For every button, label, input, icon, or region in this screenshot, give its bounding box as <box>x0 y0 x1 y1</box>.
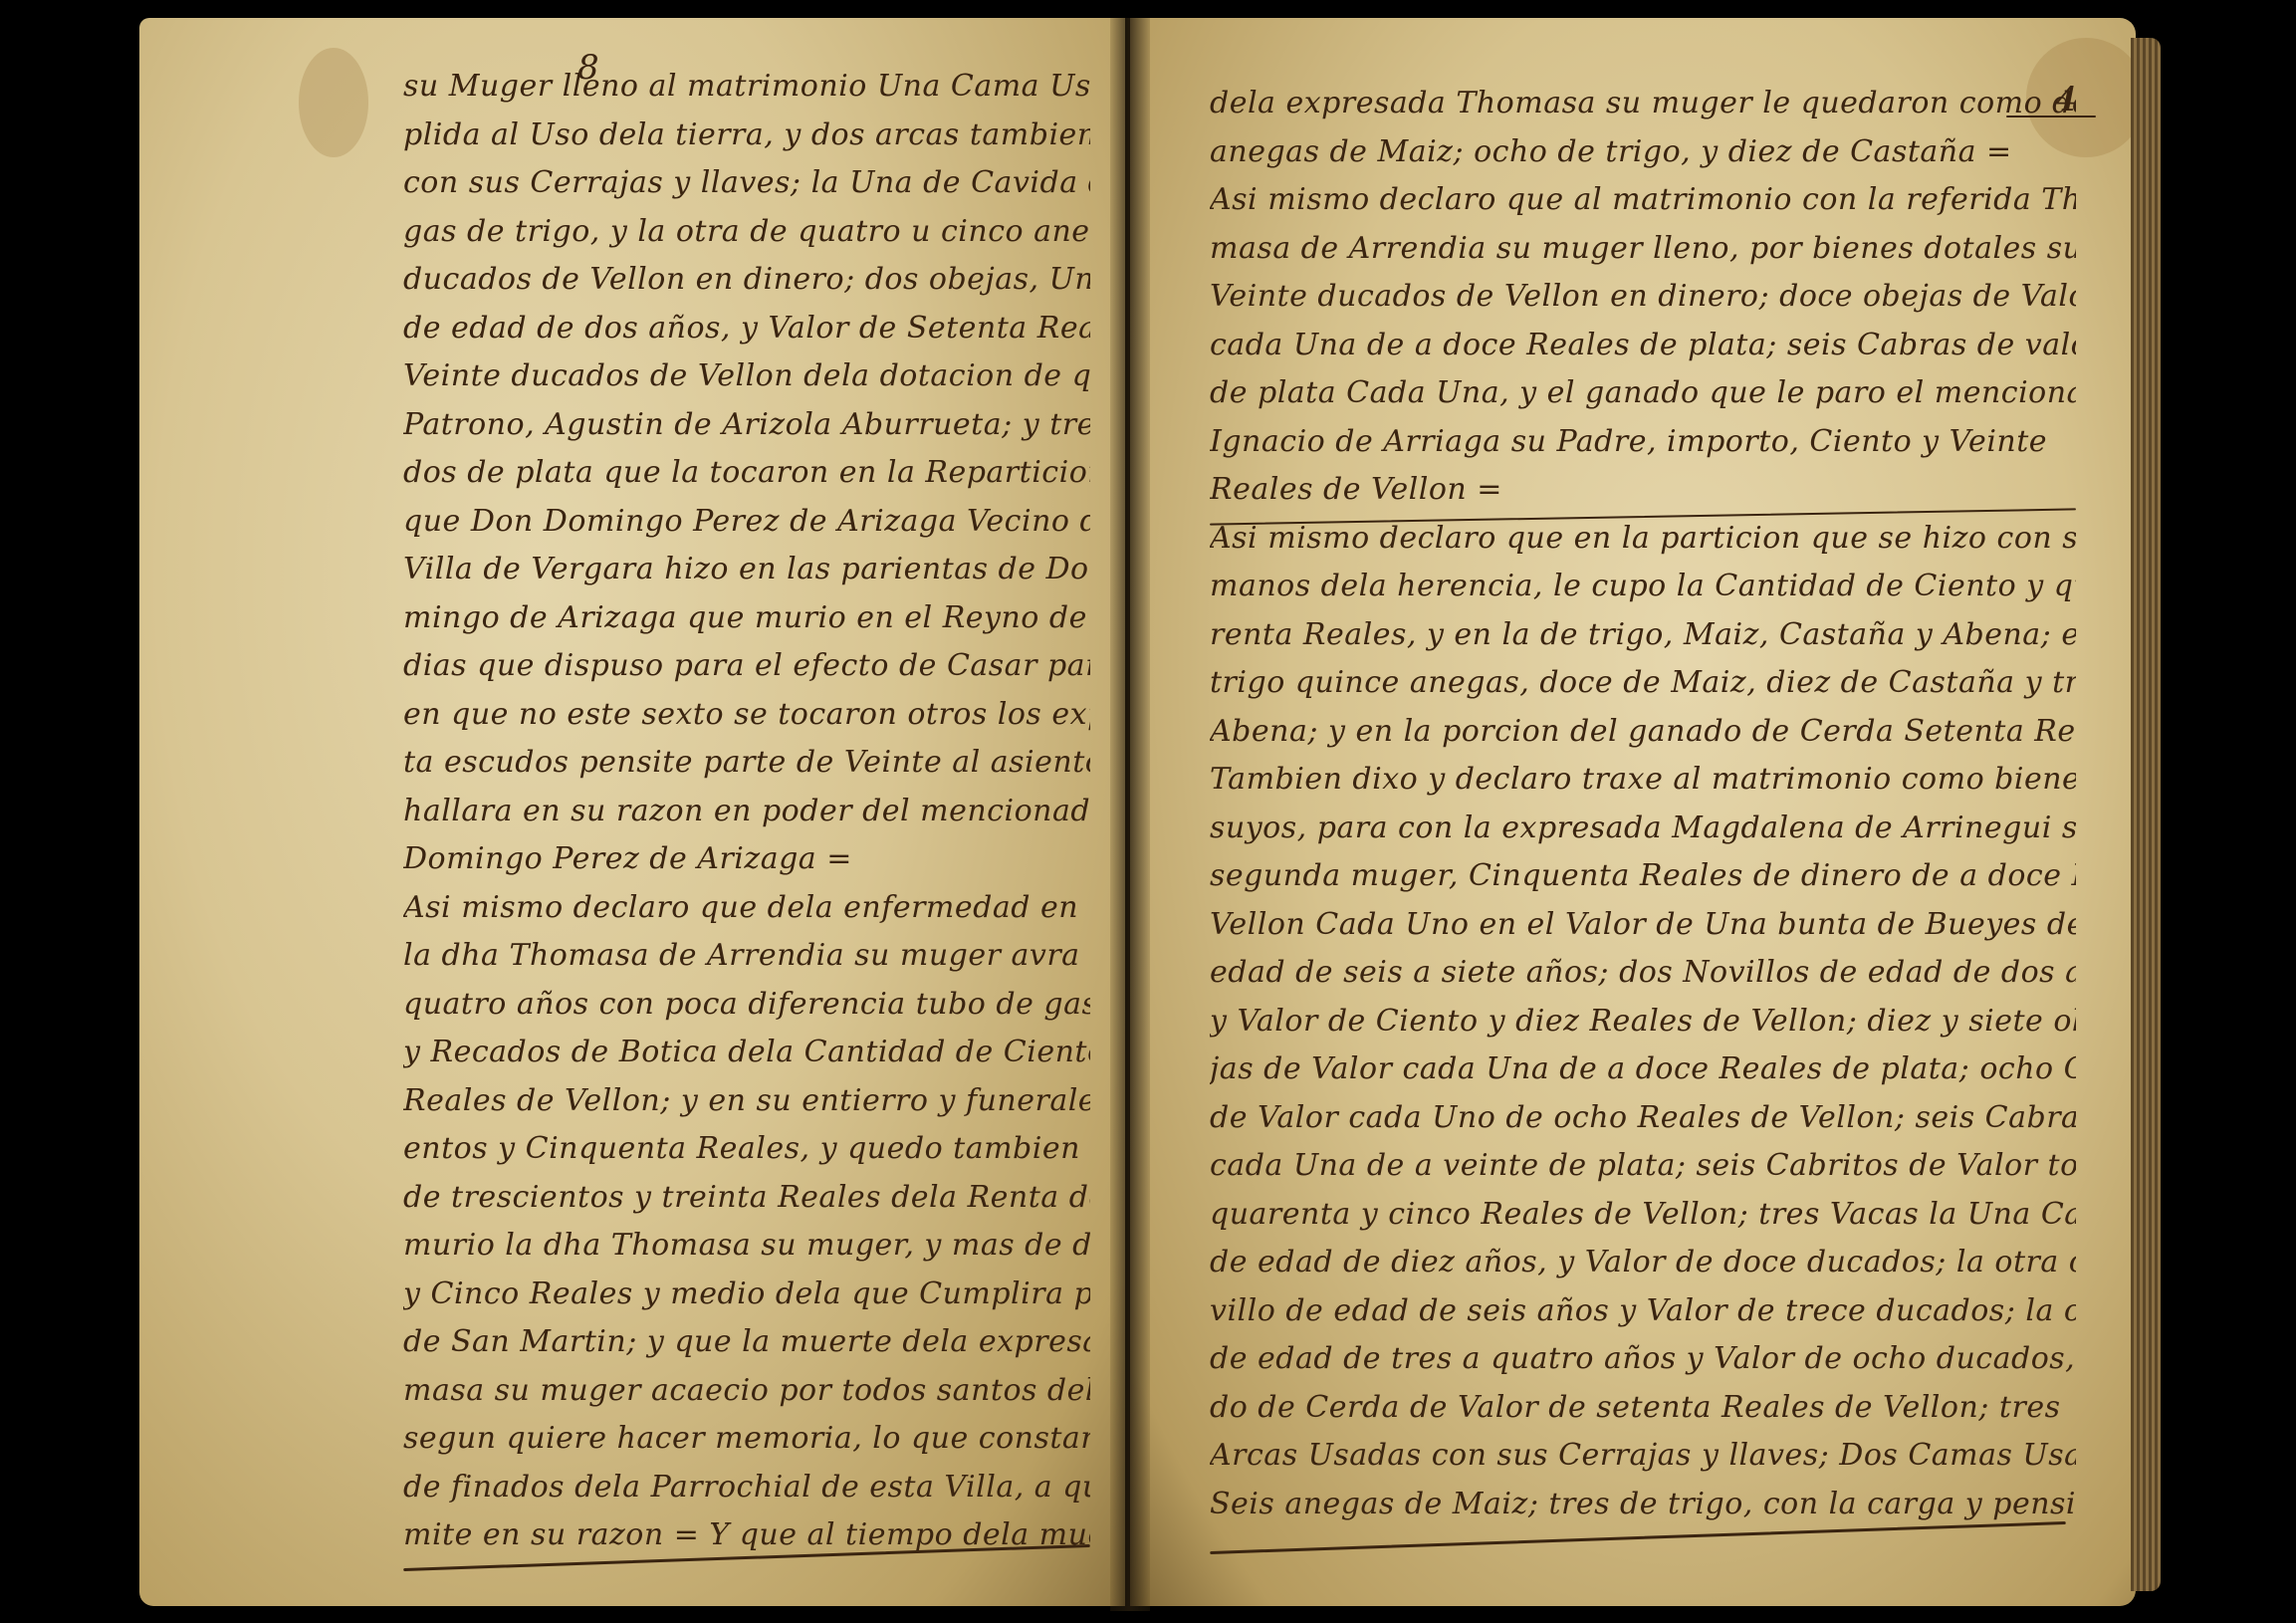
manuscript-line: jas de Valor cada Una de a doce Reales d… <box>1210 1045 2076 1094</box>
page-edges <box>2131 38 2161 1591</box>
manuscript-line: Domingo Perez de Arizaga = <box>403 835 1090 884</box>
manuscript-line: de San Martin; y que la muerte dela expr… <box>403 1318 1090 1367</box>
manuscript-line: Asi mismo declaro que dela enfermedad en… <box>403 884 1090 933</box>
manuscript-line: ta escudos pensite parte de Veinte al as… <box>403 739 1090 788</box>
manuscript-line: hallara en su razon en poder del mencion… <box>403 788 1090 836</box>
manuscript-line: quatro años con poca diferencia tubo de … <box>403 981 1090 1030</box>
manuscript-line: Abena; y en la porcion del ganado de Cer… <box>1210 708 2076 757</box>
manuscript-line: de edad de diez años, y Valor de doce du… <box>1210 1239 2076 1287</box>
manuscript-line: dos de plata que la tocaron en la Repart… <box>403 449 1090 498</box>
manuscript-line: masa de Arrendia su muger lleno, por bie… <box>1210 225 2076 274</box>
manuscript-line: murio la dha Thomasa su muger, y mas de … <box>403 1222 1090 1271</box>
open-manuscript-book: 8 su Muger lleno al matrimonio Una Cama … <box>139 18 2151 1611</box>
manuscript-line: quarenta y cinco Reales de Vellon; tres … <box>1210 1191 2076 1240</box>
manuscript-line: de edad de tres a quatro años y Valor de… <box>1210 1335 2076 1384</box>
manuscript-line: ducados de Vellon en dinero; dos obejas,… <box>403 256 1090 305</box>
manuscript-line: anegas de Maiz; ocho de trigo, y diez de… <box>1210 128 2076 177</box>
manuscript-line: Vellon Cada Uno en el Valor de Una bunta… <box>1210 901 2076 950</box>
right-page-text: dela expresada Thomasa su muger le queda… <box>1210 80 2076 1528</box>
manuscript-line: de plata Cada Una, y el ganado que le pa… <box>1210 369 2076 418</box>
manuscript-line: de finados dela Parrochial de esta Villa… <box>403 1464 1090 1512</box>
manuscript-line: trigo quince anegas, doce de Maiz, diez … <box>1210 659 2076 708</box>
manuscript-line: Veinte ducados de Vellon en dinero; doce… <box>1210 273 2076 322</box>
manuscript-line: manos dela herencia, le cupo la Cantidad… <box>1210 563 2076 611</box>
manuscript-line: Patrono, Agustin de Arizola Aburrueta; y… <box>403 401 1090 450</box>
manuscript-line: Veinte ducados de Vellon dela dotacion d… <box>403 352 1090 401</box>
manuscript-line: Reales de Vellon; y en su entierro y fun… <box>403 1077 1090 1126</box>
manuscript-line: segunda muger, Cinquenta Reales de diner… <box>1210 852 2076 901</box>
manuscript-line: renta Reales, y en la de trigo, Maiz, Ca… <box>1210 611 2076 660</box>
manuscript-line: Villa de Vergara hizo en las parientas d… <box>403 546 1090 594</box>
manuscript-line: villo de edad de seis años y Valor de tr… <box>1210 1287 2076 1336</box>
manuscript-line: mingo de Arizaga que murio en el Reyno d… <box>403 594 1090 643</box>
manuscript-line: suyos, para con la expresada Magdalena d… <box>1210 805 2076 853</box>
manuscript-line: Seis anegas de Maiz; tres de trigo, con … <box>1210 1481 2076 1529</box>
manuscript-line: y Recados de Botica dela Cantidad de Cie… <box>403 1029 1090 1077</box>
right-page: 4 dela expresada Thomasa su muger le que… <box>1130 18 2136 1606</box>
manuscript-line: Reales de Vellon = <box>1210 466 2076 515</box>
manuscript-line: masa su muger acaecio por todos santos d… <box>403 1367 1090 1416</box>
manuscript-line: que Don Domingo Perez de Arizaga Vecino … <box>403 498 1090 547</box>
water-stain <box>299 48 368 157</box>
manuscript-line: dias que dispuso para el efecto de Casar… <box>403 642 1090 691</box>
book-gutter <box>1110 18 1150 1611</box>
manuscript-line: la dha Thomasa de Arrendia su muger avra… <box>403 932 1090 981</box>
left-page: 8 su Muger lleno al matrimonio Una Cama … <box>139 18 1125 1606</box>
manuscript-line: Arcas Usadas con sus Cerrajas y llaves; … <box>1210 1432 2076 1481</box>
manuscript-line: edad de seis a siete años; dos Novillos … <box>1210 949 2076 998</box>
manuscript-line: cada Una de a veinte de plata; seis Cabr… <box>1210 1142 2076 1191</box>
manuscript-line: en que no este sexto se tocaron otros lo… <box>403 691 1090 740</box>
left-page-text: su Muger lleno al matrimonio Una Cama Us… <box>403 63 1090 1560</box>
manuscript-line: gas de trigo, y la otra de quatro u cinc… <box>403 208 1090 257</box>
manuscript-line: y Valor de Ciento y diez Reales de Vello… <box>1210 998 2076 1046</box>
manuscript-line: de Valor cada Uno de ocho Reales de Vell… <box>1210 1094 2076 1143</box>
manuscript-line: Ignacio de Arriaga su Padre, importo, Ci… <box>1210 418 2076 467</box>
manuscript-line: cada Una de a doce Reales de plata; seis… <box>1210 322 2076 370</box>
manuscript-line: mite en su razon = Y que al tiempo dela … <box>403 1511 1090 1560</box>
manuscript-line: Tambien dixo y declaro traxe al matrimon… <box>1210 756 2076 805</box>
manuscript-line: y Cinco Reales y medio dela que Cumplira… <box>403 1271 1090 1319</box>
manuscript-line: con sus Cerrajas y llaves; la Una de Cav… <box>403 159 1090 208</box>
manuscript-line: entos y Cinquenta Reales, y quedo tambie… <box>403 1125 1090 1174</box>
manuscript-line: do de Cerda de Valor de setenta Reales d… <box>1210 1384 2076 1433</box>
manuscript-line: su Muger lleno al matrimonio Una Cama Us… <box>403 63 1090 112</box>
manuscript-line: de trescientos y treinta Reales dela Ren… <box>403 1174 1090 1223</box>
manuscript-line: de edad de dos años, y Valor de Setenta … <box>403 305 1090 353</box>
manuscript-line: segun quiere hacer memoria, lo que const… <box>403 1415 1090 1464</box>
manuscript-line: Asi mismo declaro que al matrimonio con … <box>1210 176 2076 225</box>
manuscript-line: plida al Uso dela tierra, y dos arcas ta… <box>403 112 1090 160</box>
manuscript-line: dela expresada Thomasa su muger le queda… <box>1210 80 2076 128</box>
